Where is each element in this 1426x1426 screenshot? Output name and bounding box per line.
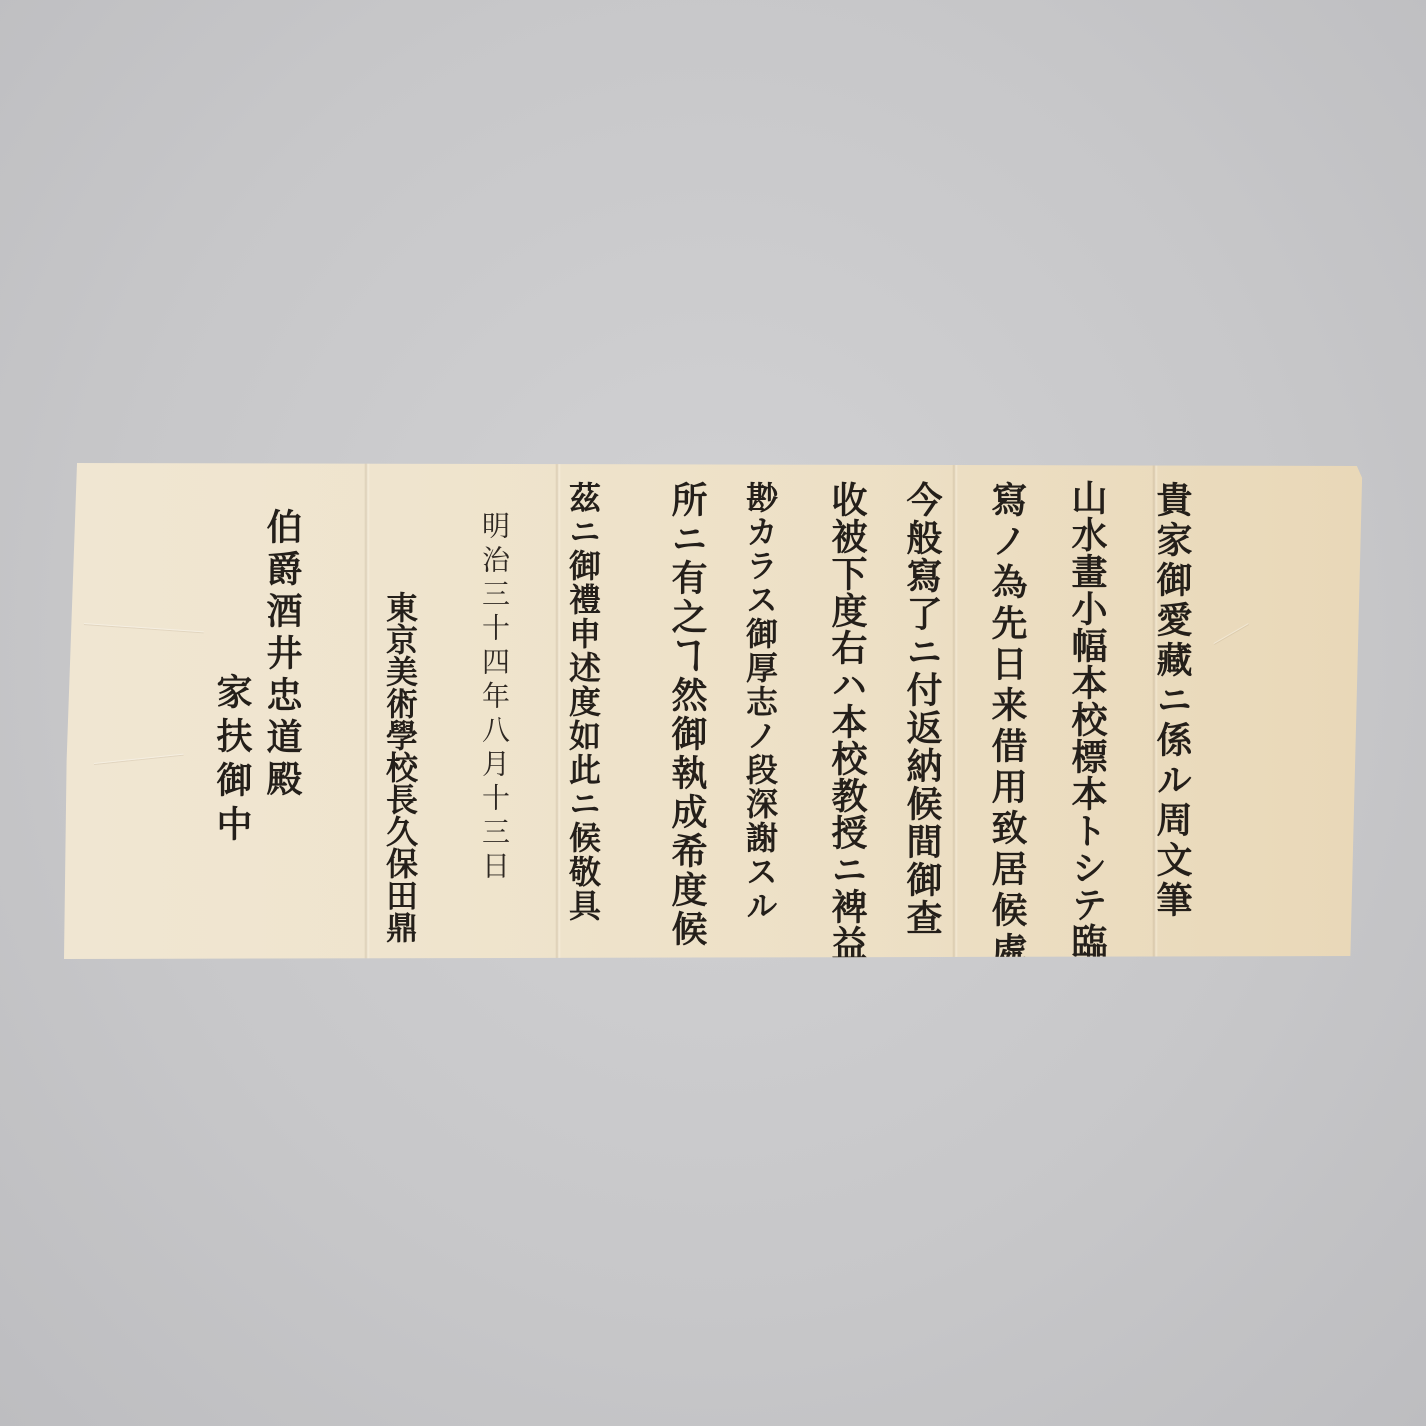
fold-line [364,463,370,959]
paper-wrinkle [1214,623,1250,645]
paper-wrinkle [94,754,184,765]
letter-column-4: 今般寫了ニ付返納候間御查 [904,481,940,937]
letter-column-3: 寫ノ為先日来借用致居候處 [989,481,1025,973]
letter-sender: 東京美術學校長久保田鼎 [384,591,416,943]
fold-line [555,463,561,959]
letter-column-8: 茲ニ御禮申述度如此ニ候敬具 [567,481,599,923]
letter-paper: 貴家御愛藏ニ係ル周文筆 山水畫小幅本校標本トシテ臨 寫ノ為先日来借用致居候處 今… [64,463,1366,959]
fold-line [952,463,958,959]
letter-addressee-sub: 家扶御中 [214,673,250,849]
letter-column-2: 山水畫小幅本校標本トシテ臨 [1069,479,1105,960]
letter-column-1: 貴家御愛藏ニ係ル周文筆 [1154,481,1190,921]
paper-wrinkle [84,623,204,633]
letter-addressee: 伯爵酒井忠道殿 [264,508,300,802]
letter-date: 明治三十四年八月十三日 [480,511,508,885]
letter-column-7: 所ニ有之ヿ然御執成希度候 [669,481,705,949]
letter-column-5: 收被下度右ハ本校教授ニ裨益 [829,481,865,962]
letter-column-6: 尠カラス御厚志ノ段深謝スル [744,481,776,923]
